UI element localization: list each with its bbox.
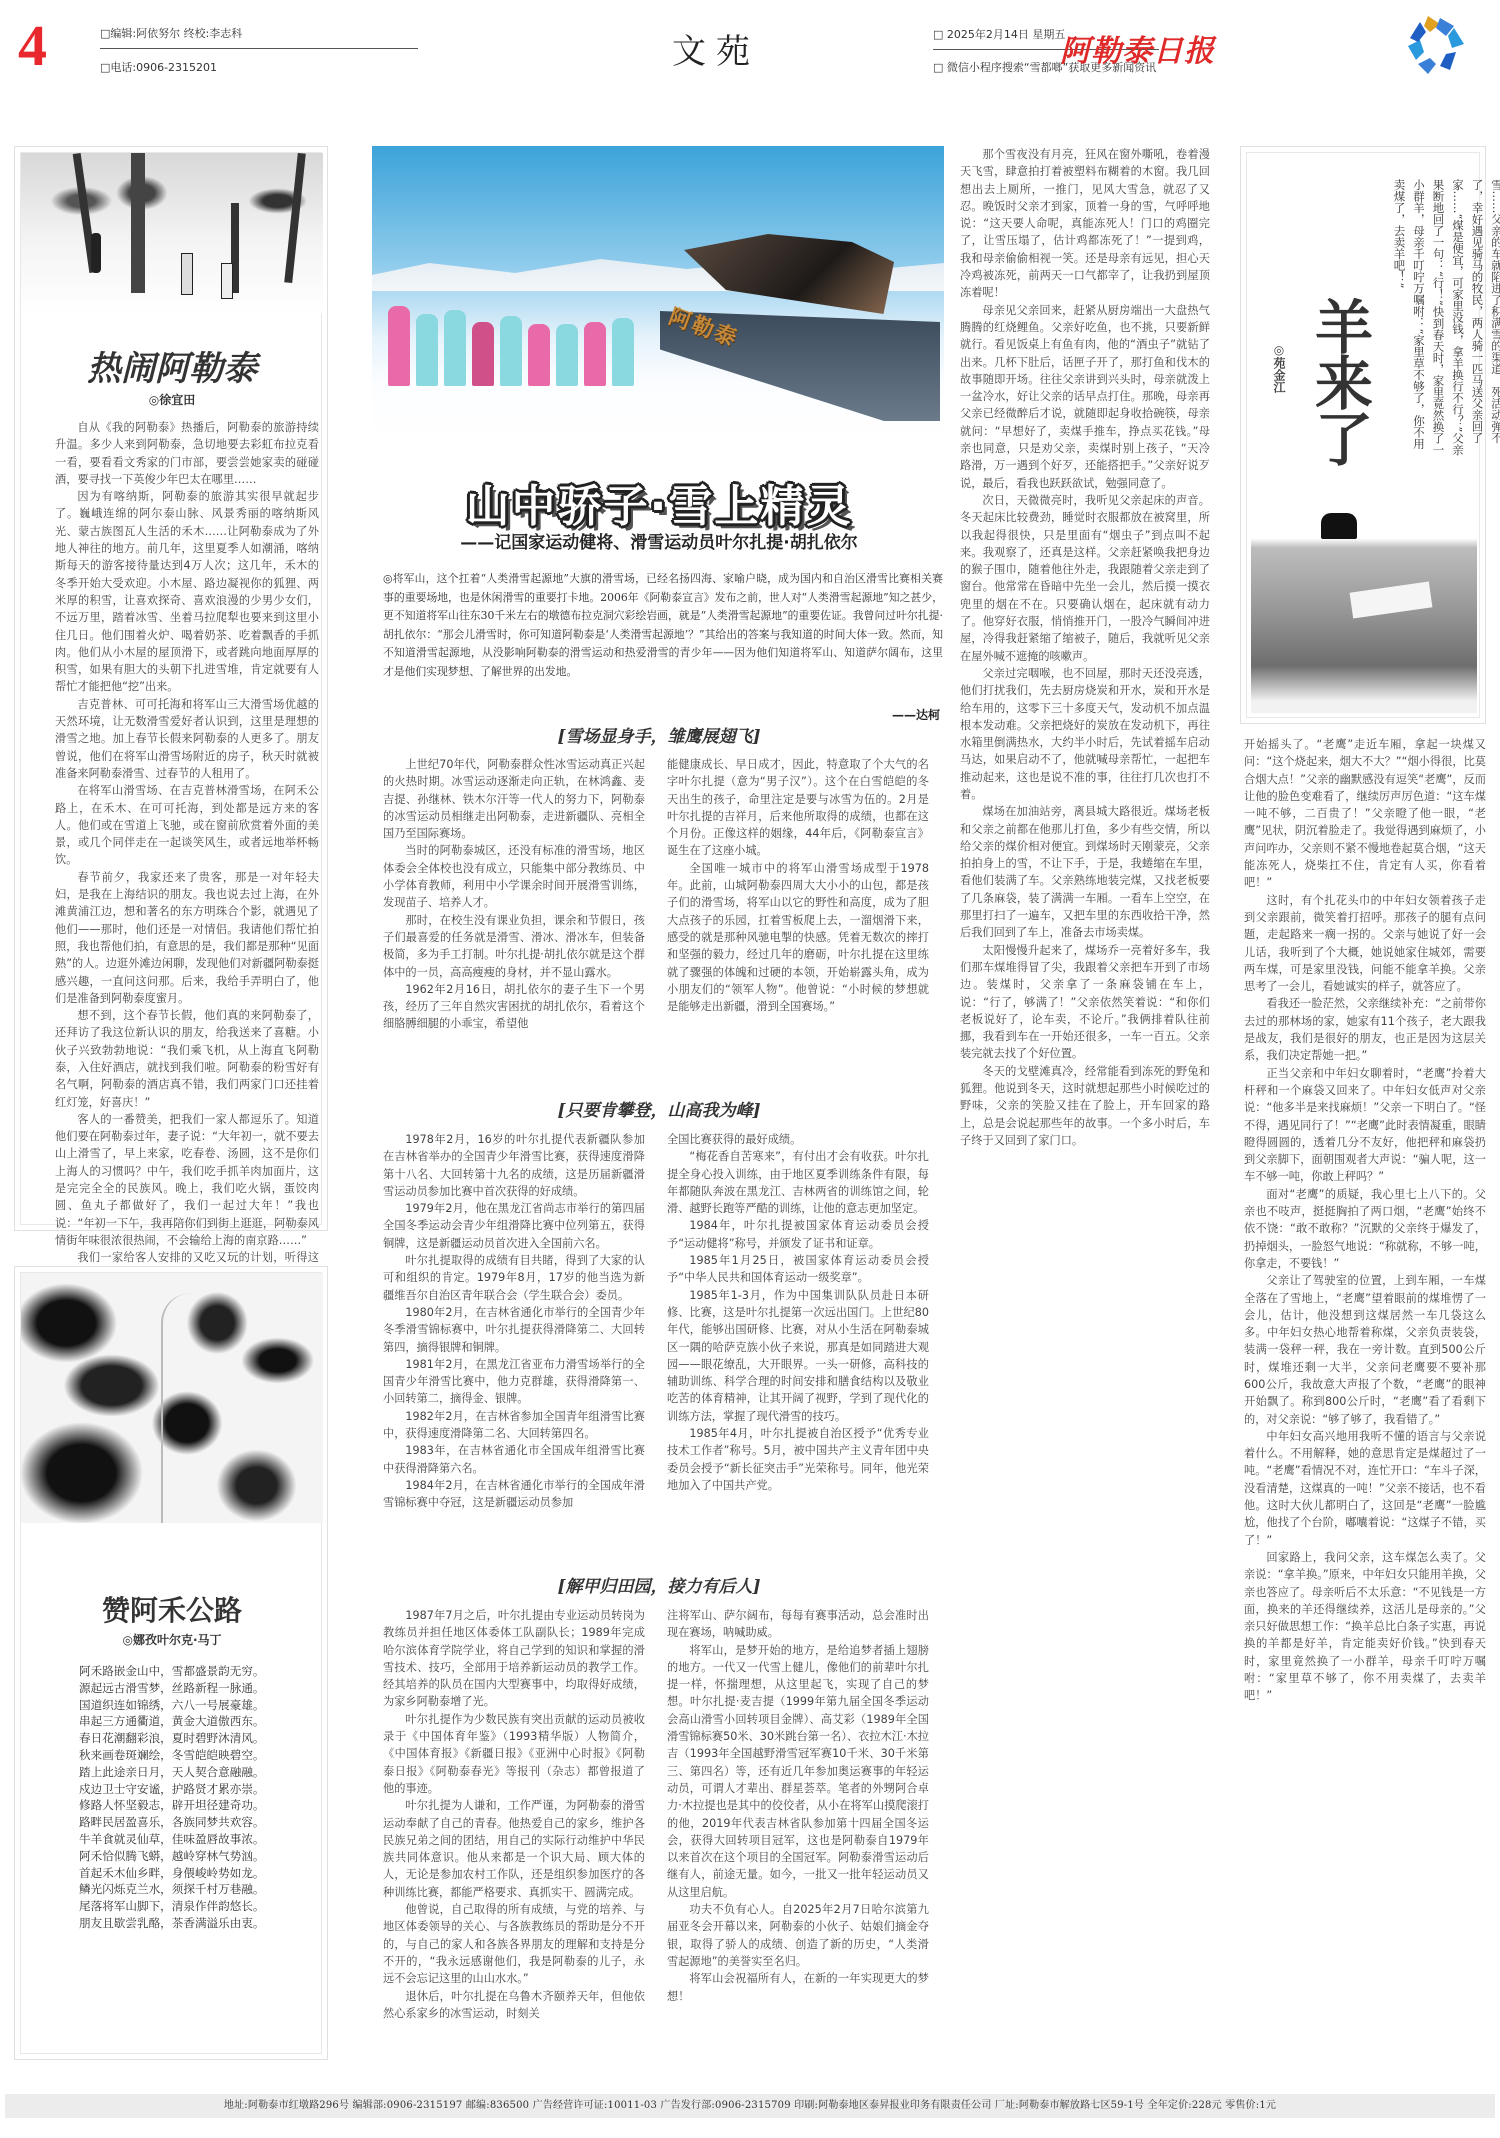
poem-card-ahe-road: 赞阿禾公路 ◎娜孜叶尔克·马丁 阿禾路嵌金山中，雪都盛景韵无穷。 源起远古滑雪梦… (14, 1266, 328, 2060)
newspaper-logo: 阿勒泰日报 (1060, 26, 1215, 70)
section-heading-2: [只要肯攀登，山高我为峰] (374, 1096, 944, 1121)
page-number: 4 (18, 18, 47, 74)
article-card-hot-altay: 热闹阿勒泰 ◎徐宜田 自从《我的阿勒泰》热播后，阿勒泰的旅游持续升温。多少人来到… (14, 146, 328, 1231)
horse-riders-hill-photo (1251, 477, 1477, 713)
intro-author: ——达柯 (892, 706, 940, 723)
section-3-col-1: 1987年7月之后，叶尔扎提由专业运动员转岗为教练员并担任地区体委体工队副队长；… (383, 1607, 645, 2022)
section-2-col-2: 全国比赛获得的最好成绩。 “梅花香自苦寒来”，有付出才会有收获。叶尔扎提全身心投… (667, 1131, 929, 1494)
author-byline: ◎徐宜田 (15, 391, 329, 408)
sheep-story-title-card: 那个雪夜没有月亮，狂风在窗外嘶吼，卷着漫天飞雪……父亲的车就陷进了积满雪的渠道，… (1240, 146, 1486, 724)
feature-intro: ◎将军山，这个扛着“人类滑雪起源地”大旗的滑雪场，已经名扬四海、家喻户晓，成为国… (383, 570, 943, 682)
sheep-story-col-b: 开始摇头了。“老鹰”走近车厢，拿起一块煤又问：“这个烧起来，烟大不大？”“烟小得… (1244, 736, 1486, 1705)
header-rule (100, 48, 418, 49)
article-title: 热闹阿勒泰 (15, 341, 329, 390)
section-1-col-2: 能健康成长、早日成才，因此，特意取了个大气的名字叶尔扎提（意为“男子汉”）。这个… (667, 756, 929, 1015)
feature-headline: 山中骄子·雪上精灵 (374, 470, 944, 534)
skier-group (388, 296, 658, 386)
section-2-col-1: 1978年2月，16岁的叶尔扎提代表新疆队参加在吉林省举办的全国青少年滑雪比赛，… (383, 1131, 645, 1512)
poem-byline: ◎娜孜叶尔克·马丁 (15, 1631, 329, 1648)
star-knot-logo-icon (1406, 14, 1466, 76)
imprint-footer: 地址:阿勒泰市红墩路296号 编辑部:0906-2315197 邮编:83650… (5, 2094, 1495, 2118)
masthead: 4 □编辑:阿依努尔 终校:李志科 □电话:0906-2315201 文苑 □ … (0, 0, 1500, 90)
editor-credit: □编辑:阿依努尔 终校:李志科 (100, 25, 242, 41)
teaser-vertical-text: 那个雪夜没有月亮，狂风在窗外嘶吼，卷着漫天飞雪……父亲的车就陷进了积满雪的渠道，… (1389, 179, 1500, 459)
ski-team-hero-photo: 阿勒泰 (372, 146, 944, 442)
section-3-col-2: 注将军山、萨尔阔布，每每有赛事活动，总会准时出现在赛场，呐喊助威。 将军山，是梦… (667, 1607, 929, 2005)
article-body: 自从《我的阿勒泰》热播后，阿勒泰的旅游持续升温。多少人来到阿勒泰，急切地要去彩虹… (55, 419, 319, 1318)
section-heading-3: [解甲归田园，接力有后人] (374, 1572, 944, 1597)
aerial-snow-road-photo (21, 1273, 323, 1523)
sheep-story-byline: ◎苑金江 (1271, 343, 1288, 393)
rider-silhouette-icon (1321, 513, 1357, 539)
feature-subtitle: ——记国家运动健将、滑雪运动员叶尔扎提·胡扎依尔 (374, 528, 944, 553)
sheep-story-title: 羊来了 (1309, 297, 1369, 465)
section-title: 文苑 (672, 24, 760, 73)
poem-title: 赞阿禾公路 (15, 1589, 329, 1629)
snow-forest-photo (21, 153, 323, 313)
section-1-col-1: 上世纪70年代，阿勒泰群众性冰雪运动真正兴起的火热时期。冰雪运动逐渐走向正轨，在… (383, 756, 645, 1033)
phone-line: □电话:0906-2315201 (100, 59, 217, 75)
sheep-story-col-a: 那个雪夜没有月亮，狂风在窗外嘶吼，卷着漫天飞雪，肆意拍打着被塑料布糊着的木窗。我… (960, 146, 1210, 1149)
section-heading-1: [雪场显身手，雏鹰展翅飞] (374, 722, 944, 747)
poem-body: 阿禾路嵌金山中，雪都盛景韵无穷。 源起远古滑雪梦，丝路新程一脉通。 国道织连如锦… (79, 1663, 289, 1932)
issue-date: □ 2025年2月14日 星期五 (933, 26, 1065, 42)
